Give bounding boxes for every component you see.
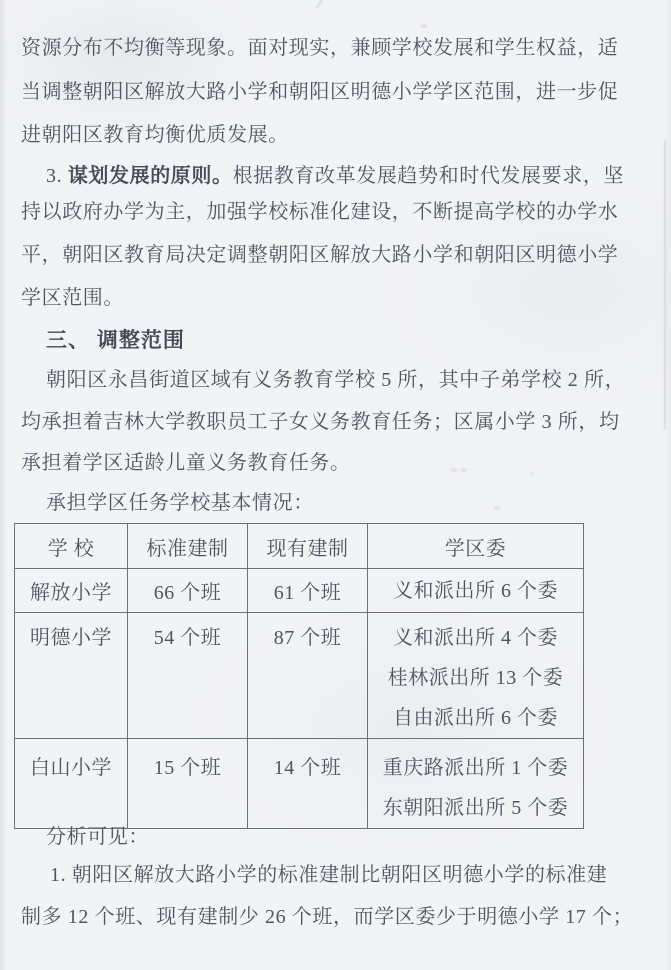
paragraph-2-line-4: 学区范围。 [21, 286, 124, 310]
paragraph-2-line-1: 3. 谋划发展的原则。根据教育改革发展趋势和时代发展要求，坚 [46, 164, 624, 188]
cell-committees: 义和派出所 4 个委 桂林派出所 13 个委 自由派出所 6 个委 [368, 613, 584, 739]
cell-school: 解放小学 [15, 569, 128, 613]
paragraph-6-line-1: 1. 朝阳区解放大路小学的标准建制比朝阳区明德小学的标准建 [50, 863, 607, 887]
cell-standard: 54 个班 [128, 613, 248, 739]
paragraph-6-line-2: 制多 12 个班、现有建制少 26 个班，而学区委少于明德小学 17 个； [21, 905, 633, 929]
committee-line: 重庆路派出所 1 个委 [368, 748, 583, 788]
cell-current: 61 个班 [248, 569, 368, 613]
section-heading: 三、 调整范围 [46, 329, 185, 353]
header-standard: 标准建制 [128, 524, 248, 569]
table-row: 明德小学 54 个班 87 个班 义和派出所 4 个委 桂林派出所 13 个委 … [15, 613, 584, 739]
paragraph-1-line-2: 当调整朝阳区解放大路小学和朝阳区明德小学学区范围，进一步促 [21, 80, 618, 104]
scan-edge-line [664, 140, 666, 430]
cell-school: 明德小学 [15, 613, 128, 739]
cell-school: 白山小学 [15, 739, 128, 829]
table-row: 白山小学 15 个班 14 个班 重庆路派出所 1 个委 东朝阳派出所 5 个委 [15, 739, 584, 829]
cell-standard: 66 个班 [128, 569, 248, 613]
pencil-smudge: ⌁⌁ [450, 462, 470, 478]
list-number: 3. [46, 165, 68, 187]
cell-standard: 15 个班 [128, 739, 248, 829]
pencil-smudge: ⌁ [493, 500, 503, 516]
pencil-smudge: ⌁ [420, 18, 430, 34]
scan-scratch [316, 0, 345, 21]
paragraph-1-line-1: 资源分布不均衡等现象。面对现实，兼顾学校发展和学生权益，适 [21, 36, 618, 60]
scanned-document-page: 资源分布不均衡等现象。面对现实，兼顾学校发展和学生权益，适 当调整朝阳区解放大路… [0, 0, 671, 970]
pencil-smudge: ◦ [530, 466, 537, 482]
committee-line: 义和派出所 4 个委 [368, 618, 583, 658]
header-committee: 学区委 [368, 524, 584, 569]
header-current: 现有建制 [248, 524, 368, 569]
paragraph-5: 分析可见： [46, 825, 149, 849]
table-row: 解放小学 66 个班 61 个班 义和派出所 6 个委 [15, 569, 584, 613]
committee-line: 桂林派出所 13 个委 [368, 658, 583, 698]
principle-title: 谋划发展的原则。 [68, 165, 233, 187]
header-school: 学 校 [15, 524, 128, 569]
paragraph-2-line-1-rest: 根据教育改革发展趋势和时代发展要求，坚 [233, 165, 624, 187]
paragraph-2-line-3: 平，朝阳区教育局决定调整朝阳区解放大路小学和朝阳区明德小学 [21, 243, 618, 267]
paragraph-2-line-2: 持以政府办学为主，加强学校标准化建设，不断提高学校的办学水 [21, 200, 618, 224]
table-header-row: 学 校 标准建制 现有建制 学区委 [15, 524, 584, 569]
schools-table: 学 校 标准建制 现有建制 学区委 解放小学 66 个班 61 个班 义和派出所… [14, 523, 584, 829]
paragraph-3-line-3: 承担着学区适龄儿童义务教育任务。 [21, 451, 351, 475]
committee-line: 义和派出所 6 个委 [368, 571, 583, 611]
committee-line: 自由派出所 6 个委 [368, 698, 583, 738]
paragraph-3-line-2: 均承担着吉林大学教职员工子女义务教育任务；区属小学 3 所，均 [21, 410, 620, 434]
cell-current: 14 个班 [248, 739, 368, 829]
committee-line: 东朝阳派出所 5 个委 [368, 788, 583, 828]
paragraph-1-line-3: 进朝阳区教育均衡优质发展。 [21, 123, 289, 147]
cell-committees: 重庆路派出所 1 个委 东朝阳派出所 5 个委 [368, 739, 584, 829]
paragraph-3-line-1: 朝阳区永昌街道区域有义务教育学校 5 所，其中子弟学校 2 所， [46, 368, 625, 392]
paragraph-4: 承担学区任务学校基本情况： [46, 491, 314, 515]
cell-committees: 义和派出所 6 个委 [368, 569, 584, 613]
cell-current: 87 个班 [248, 613, 368, 739]
